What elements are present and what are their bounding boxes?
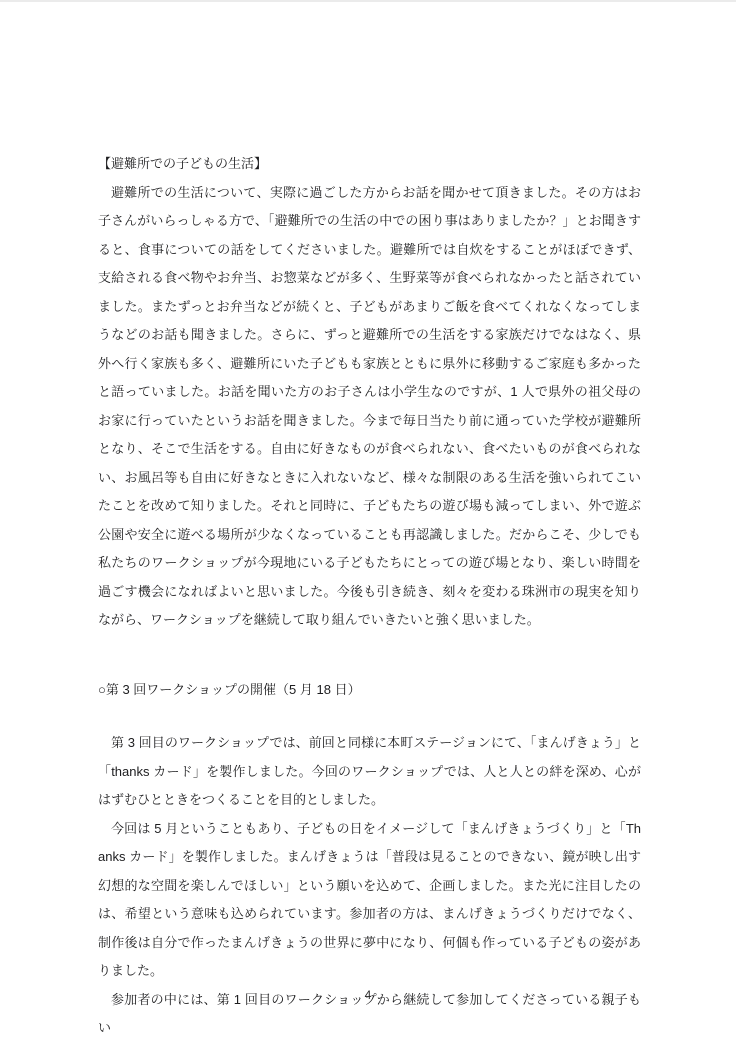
section-shelter-life: 【避難所での子どもの生活】 避難所での生活について、実際に過ごした方からお話を聞… <box>98 150 641 635</box>
document-body: 【避難所での子どもの生活】 避難所での生活について、実際に過ごした方からお話を聞… <box>98 150 641 1043</box>
paragraph-shelter-life: 避難所での生活について、実際に過ごした方からお話を聞かせて頂きました。その方はお… <box>98 179 641 635</box>
section-heading-workshop3: ○第 3 回ワークショップの開催（5 月 18 日） <box>98 676 641 705</box>
paragraph-workshop3-kaleidoscope: 今回は 5 月ということもあり、子どもの日をイメージして「まんげきょうづくり」と… <box>98 815 641 986</box>
paragraph-workshop3-intro: 第 3 回目のワークショップでは、前回と同様に本町ステージョンにて、「まんげきょ… <box>98 729 641 815</box>
section-heading-shelter-life: 【避難所での子どもの生活】 <box>98 150 641 179</box>
page-number: 4 <box>0 988 736 1002</box>
page-top-edge <box>0 0 736 2</box>
